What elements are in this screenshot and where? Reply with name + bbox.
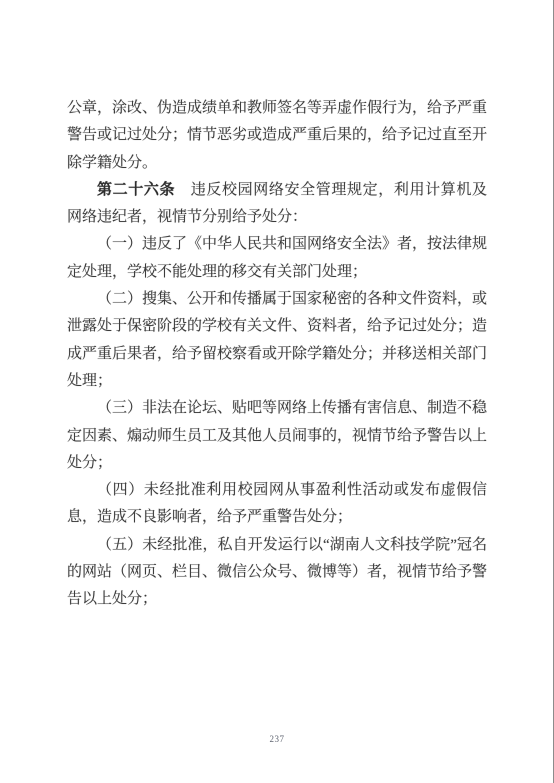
paragraph-item-2: （二）搜集、公开和传播属于国家秘密的各种文件资料，或泄露处于保密阶段的学校有关文…: [67, 286, 487, 395]
paragraph-text: （三）非法在论坛、贴吧等网络上传播有害信息、制造不稳定因素、煽动师生员工及其他人…: [67, 400, 487, 471]
article-number-heading: 第二十六条: [97, 182, 175, 198]
paragraph-text: （一）违反了《中华人民共和国网络安全法》者，按法律规定处理，学校不能处理的移交有…: [67, 236, 487, 279]
paragraph-item-5: （五）未经批准，私自开发运行以“湖南人文科技学院”冠名的网站（网页、栏目、微信公…: [67, 532, 487, 614]
paragraph-article-26: 第二十六条 违反校园网络安全管理规定，利用计算机及网络违纪者，视情节分别给予处分…: [67, 177, 487, 232]
paragraph-text: （四）未经批准利用校园网从事盈利性活动或发布虚假信息，造成不良影响者，给予严重警…: [67, 482, 487, 525]
paragraph-item-3: （三）非法在论坛、贴吧等网络上传播有害信息、制造不稳定因素、煽动师生员工及其他人…: [67, 395, 487, 477]
paragraph-item-4: （四）未经批准利用校园网从事盈利性活动或发布虚假信息，造成不良影响者，给予严重警…: [67, 477, 487, 532]
paragraph-continuation: 公章，涂改、伪造成绩单和教师签名等弄虚作假行为，给予严重警告或记过处分；情节恶劣…: [67, 95, 487, 177]
paragraph-text: 公章，涂改、伪造成绩单和教师签名等弄虚作假行为，给予严重警告或记过处分；情节恶劣…: [67, 100, 487, 171]
paragraph-item-1: （一）违反了《中华人民共和国网络安全法》者，按法律规定处理，学校不能处理的移交有…: [67, 231, 487, 286]
document-body: 公章，涂改、伪造成绩单和教师签名等弄虚作假行为，给予严重警告或记过处分；情节恶劣…: [67, 95, 487, 614]
page-number: 237: [0, 734, 554, 744]
paragraph-text: （五）未经批准，私自开发运行以“湖南人文科技学院”冠名的网站（网页、栏目、微信公…: [67, 537, 487, 608]
document-page: 公章，涂改、伪造成绩单和教师签名等弄虚作假行为，给予严重警告或记过处分；情节恶劣…: [0, 0, 554, 783]
paragraph-text: （二）搜集、公开和传播属于国家秘密的各种文件资料，或泄露处于保密阶段的学校有关文…: [67, 291, 487, 389]
